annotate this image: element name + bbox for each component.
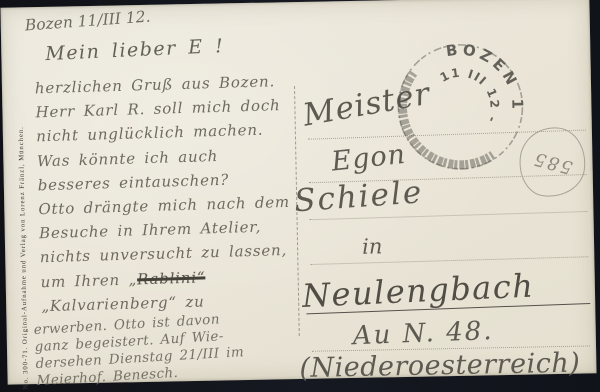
- address-street: Au N. 48.: [352, 316, 494, 351]
- address-last-name: Schiele: [293, 174, 424, 219]
- message-salutation: Mein lieber E !: [45, 35, 225, 65]
- address-preposition: in: [362, 234, 383, 258]
- photo-background: No. 300-71. Original-Aufnahme und Verlag…: [0, 0, 600, 392]
- address-rule: [310, 256, 588, 265]
- message-body: herzlichen Gruß aus Bozen. Herr Karl R. …: [35, 69, 294, 318]
- strike-prefix: um Ihren „: [40, 270, 137, 291]
- postmark-ink-smudge: [379, 73, 493, 188]
- struck-word: Rablini“: [137, 268, 206, 288]
- address-town: Neulengbach: [301, 266, 535, 315]
- address-region: (Niederoesterreich): [299, 348, 580, 384]
- catalog-number: 585: [530, 147, 574, 178]
- publisher-imprint: No. 300-71. Original-Aufnahme und Verlag…: [16, 59, 29, 389]
- message-dateline: Bozen 11/III 12.: [24, 8, 151, 35]
- message-closing: erwerben. Otto ist davon ganz begeistert…: [33, 310, 245, 390]
- postmark-date-text: 11 III 12 - 7: [400, 0, 558, 134]
- svg-text:11 III 12 - 7: 11 III 12 - 7: [400, 0, 558, 134]
- postcard: No. 300-71. Original-Aufnahme und Verlag…: [0, 0, 596, 385]
